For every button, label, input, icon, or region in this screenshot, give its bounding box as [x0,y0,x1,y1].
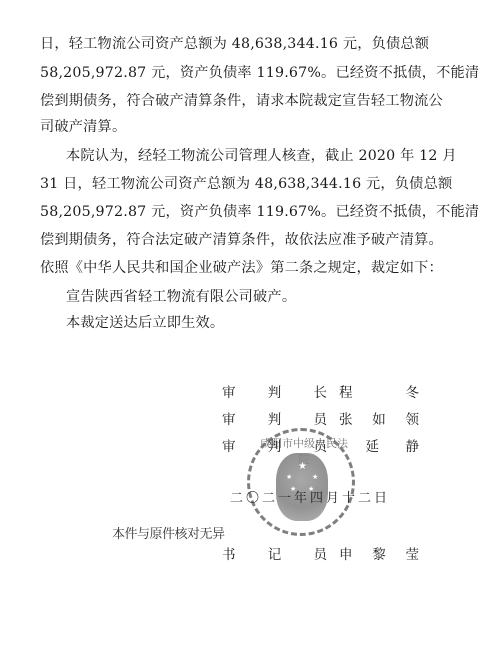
signature-clerk: 书 记 员 申 黎 莹 [222,546,419,564]
paragraph-1-line-3: 偿到期债务，符合破产清算条件，请求本院裁定宣告轻工物流公 [40,92,402,110]
paragraph-1-line-1: 日，轻工物流公司资产总额为 48,638,344.16 元，负债总额 [40,35,402,53]
effective-text: 本裁定送达后立即生效。 [66,314,224,332]
signature-role: 审 判 员 [222,411,327,429]
signature-judge-1: 审 判 员 张 如 领 [222,411,419,429]
paragraph-2-line-3: 58,205,972.87 元，资产负债率 119.67%。已经资不抵债，不能清 [40,203,402,221]
signature-name: 申 黎 莹 [339,546,419,564]
paragraph-2-line-1: 本院认为，经轻工物流公司管理人核查，截止 2020 年 12 月 [66,147,402,165]
paragraph-2-line-2: 31 日，轻工物流公司资产总额为 48,638,344.16 元，负债总额 [40,175,402,193]
signature-name: 张 如 领 [339,411,419,429]
paragraph-1-line-2: 58,205,972.87 元，资产负债率 119.67%。已经资不抵债，不能清 [40,64,402,82]
paragraph-2-line-4: 偿到期债务，符合法定破产清算条件，故依法应准予破产清算。 [40,231,402,249]
paragraph-1-line-4: 司破产清算。 [40,118,402,136]
signature-name: 延 静 [339,438,419,456]
paragraph-2-line-5: 依照《中华人民共和国企业破产法》第二条之规定，裁定如下： [40,259,392,277]
signature-judge-2: 审 判 员 延 静 [222,438,419,456]
signature-role: 审 判 员 [222,438,327,456]
ruling-date: 二〇二一年四月十二日 [230,487,390,506]
ruling-text: 宣告陕西省轻工物流有限公司破产。 [66,288,296,306]
signature-role: 审 判 长 [222,384,327,402]
signature-role: 书 记 员 [222,546,327,564]
signature-presiding-judge: 审 判 长 程 冬 [222,384,419,402]
signature-name: 程 冬 [339,384,419,402]
verification-note: 本件与原件核对无异 [112,523,225,542]
